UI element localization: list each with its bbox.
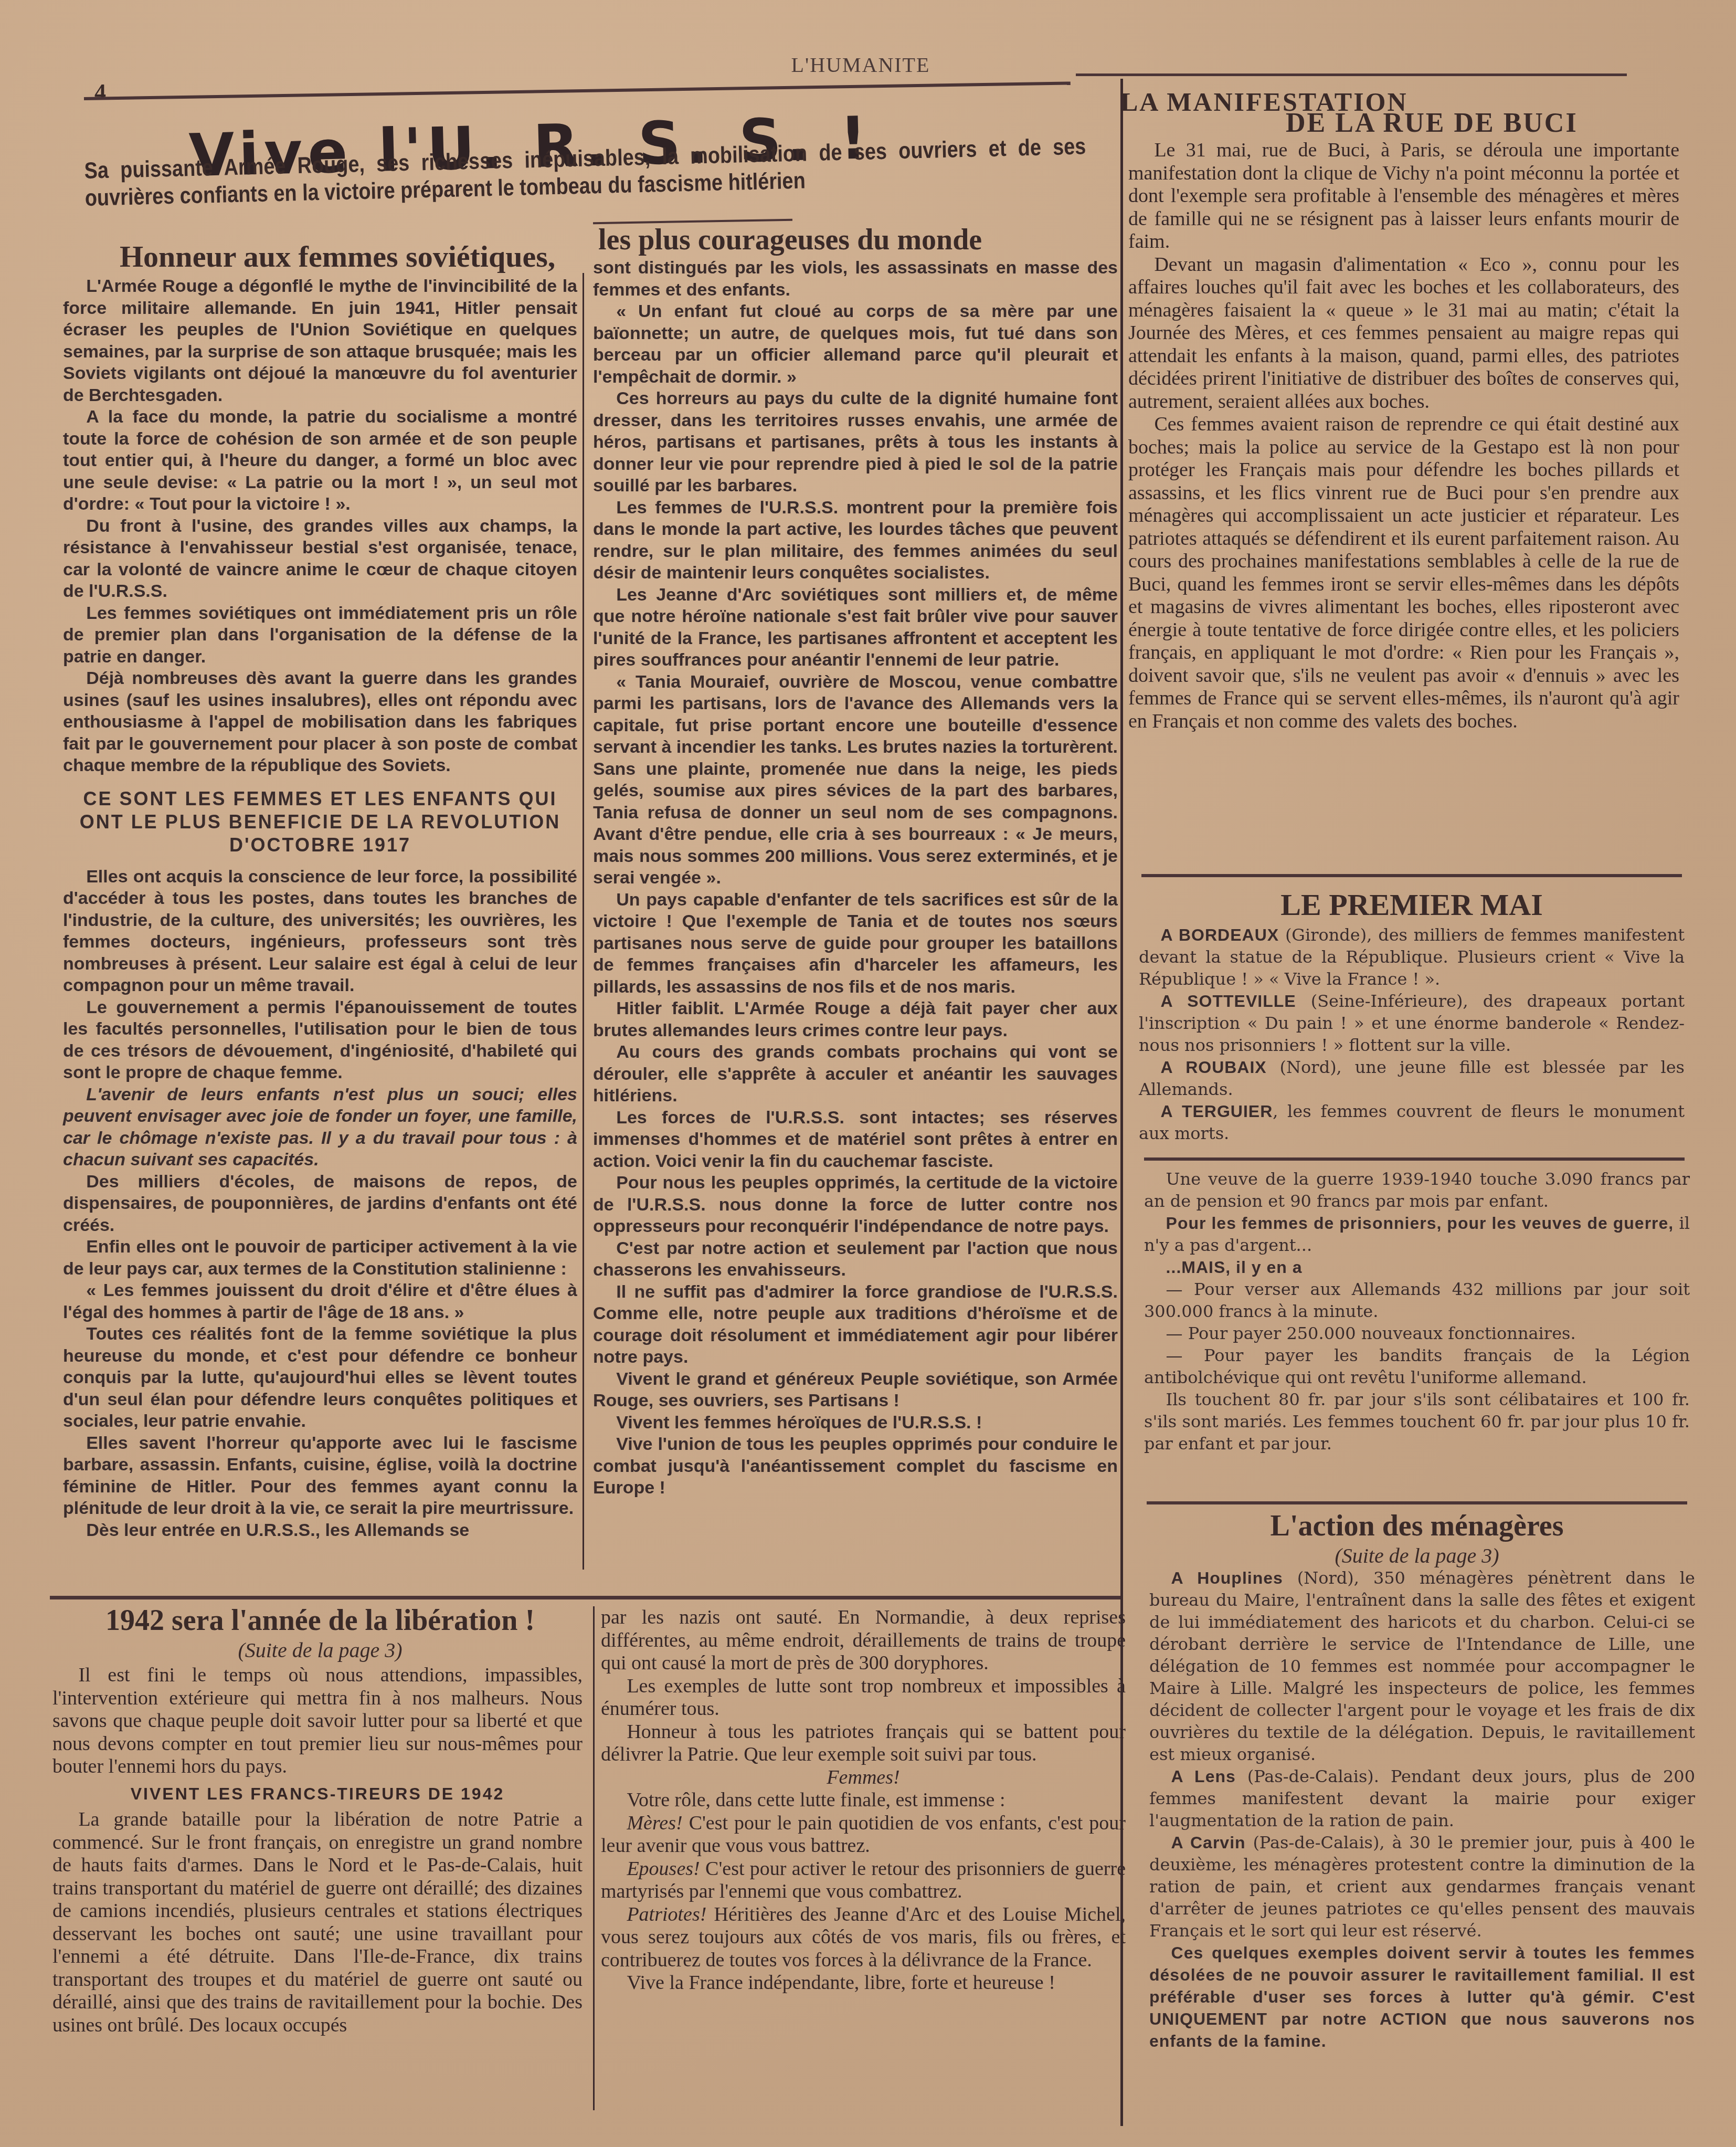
paragraph: Les femmes soviétiques ont immédiatement… <box>63 603 577 668</box>
paragraph: (Nord), 350 ménagères pénètrent dans le … <box>1149 1568 1695 1764</box>
paragraph: Enfin elles ont le pouvoir de participer… <box>63 1236 577 1280</box>
paragraph: Ces quelques exemples doivent servir à t… <box>1149 1942 1695 2052</box>
paragraph: Elles savent l'horreur qu'apporte avec l… <box>63 1433 577 1520</box>
paragraph: Vivent les femmes héroïques de l'U.R.S.S… <box>593 1412 1118 1434</box>
paragraph: Elles ont acquis la conscience de leur f… <box>63 866 577 997</box>
paragraph: « Les femmes jouissent du droit d'élire … <box>63 1280 577 1323</box>
paragraph: par les nazis ont sauté. En Normandie, à… <box>601 1606 1126 1675</box>
italic-lead: Epouses! <box>627 1858 700 1880</box>
paragraph: Il ne suffit pas d'admirer la force gran… <box>593 1281 1118 1369</box>
city-lead: A TERGUIER <box>1161 1102 1273 1121</box>
buci-title-line2: DE LA RUE DE BUCI <box>1286 108 1578 139</box>
paragraph: Vive la France indépendante, libre, fort… <box>601 1972 1126 1995</box>
paragraph: Honneur à tous les patriotes français qu… <box>601 1721 1126 1766</box>
list-item: — Pour payer les bandits français de la … <box>1144 1344 1690 1388</box>
section-subhead: Femmes! <box>601 1766 1126 1790</box>
city-lead: A Lens <box>1171 1767 1236 1786</box>
column-divider <box>583 273 584 1570</box>
paragraph: « Tania Mouraief, ouvrière de Moscou, ve… <box>593 671 1118 889</box>
bold-phrase: ...MAIS, il y en a <box>1144 1256 1690 1278</box>
paragraph: Au cours des grands combats prochains qu… <box>593 1041 1118 1107</box>
main-article-col2: sont distingués par les viols, les assas… <box>593 257 1118 1499</box>
liberation-col1: Il est fini le temps où nous attendions,… <box>52 1664 583 2037</box>
main-article-col1: L'Armée Rouge a dégonflé le mythe de l'i… <box>63 276 577 1541</box>
paragraph: Les Jeanne d'Arc soviétiques sont millie… <box>593 584 1118 671</box>
menageres-suite: (Suite de la page 3) <box>1147 1543 1687 1568</box>
premier-mai-title: LE PREMIER MAI <box>1141 887 1682 922</box>
menageres-article: A Houplines (Nord), 350 ménagères pénètr… <box>1149 1567 1695 2052</box>
menageres-title: L'action des ménagères <box>1147 1509 1687 1543</box>
column-divider <box>593 1606 595 2110</box>
list-item: — Pour verser aux Allemands 432 millions… <box>1144 1278 1690 1322</box>
paragraph: Un pays capable d'enfanter de tels sacri… <box>593 889 1118 998</box>
liberation-suite: (Suite de la page 3) <box>58 1638 583 1662</box>
article-title-part2: les plus courageuses du monde <box>598 223 982 257</box>
paragraph: Les femmes de l'U.R.S.S. montrent pour l… <box>593 497 1118 584</box>
paragraph: Devant un magasin d'alimentation « Eco »… <box>1128 254 1679 414</box>
section-rule <box>1144 1157 1685 1161</box>
city-lead: A SOTTEVILLE <box>1161 992 1296 1011</box>
section-rule <box>1147 1501 1687 1504</box>
paragraph: Toutes ces réalités font de la femme sov… <box>63 1323 577 1433</box>
city-lead: A Carvin <box>1171 1833 1246 1852</box>
paragraph: Ces femmes avaient raison de reprendre c… <box>1128 413 1679 733</box>
section-subhead: CE SONT LES FEMMES ET LES ENFANTS QUI ON… <box>63 787 577 857</box>
paragraph: Votre rôle, dans cette lutte finale, est… <box>601 1789 1126 1812</box>
newspaper-masthead: L'HUMANITE <box>756 52 966 77</box>
paragraph: Pour nous les peuples opprimés, la certi… <box>593 1172 1118 1238</box>
list-item: — Pour payer 250.000 nouveaux fonctionna… <box>1144 1322 1690 1344</box>
paragraph: Déjà nombreuses dès avant la guerre dans… <box>63 668 577 777</box>
paragraph: Il est fini le temps où nous attendions,… <box>52 1664 583 1778</box>
bold-phrase: Pour les femmes de prisonniers, pour les… <box>1166 1214 1674 1233</box>
paragraph: Dès leur entrée en U.R.S.S., les Alleman… <box>63 1520 577 1542</box>
buci-article: Le 31 mai, rue de Buci, à Paris, se déro… <box>1128 139 1679 733</box>
city-lead: A BORDEAUX <box>1161 925 1279 944</box>
paragraph: Vivent le grand et généreux Peuple sovié… <box>593 1369 1118 1412</box>
paragraph: Ils touchent 80 fr. par jour s'ils sont … <box>1144 1388 1690 1455</box>
article-title-part1: Honneur aux femmes soviétiques, <box>120 239 555 274</box>
paragraph: Du front à l'usine, des grandes villes a… <box>63 515 577 603</box>
section-rule <box>1141 874 1682 877</box>
header-rule-right <box>1076 73 1627 76</box>
paragraph: Vive l'union de tous les peuples opprimé… <box>593 1434 1118 1499</box>
paragraph: L'avenir de leurs enfants n'est plus un … <box>63 1084 577 1171</box>
paragraph: Ces horreurs au pays du culte de la dign… <box>593 388 1118 497</box>
paragraph: La grande bataille pour la libération de… <box>52 1808 583 2037</box>
section-subhead: VIVENT LES FRANCS-TIREURS DE 1942 <box>52 1783 583 1806</box>
paragraph: A la face du monde, la patrie du sociali… <box>63 406 577 515</box>
city-lead: A ROUBAIX <box>1161 1058 1267 1077</box>
paragraph: Des milliers d'écoles, de maisons de rep… <box>63 1171 577 1237</box>
paragraph: Les forces de l'U.R.S.S. sont intactes; … <box>593 1107 1118 1173</box>
paragraph: Le 31 mai, rue de Buci, à Paris, se déro… <box>1128 139 1679 254</box>
paragraph: Les exemples de lutte sont trop nombreux… <box>601 1675 1126 1721</box>
liberation-title: 1942 sera l'année de la libération ! <box>58 1604 583 1637</box>
paragraph: « Un enfant fut cloué au corps de sa mèr… <box>593 301 1118 388</box>
paragraph: Hitler faiblit. L'Armée Rouge a déjà fai… <box>593 998 1118 1041</box>
section-rule <box>50 1596 1120 1599</box>
paragraph: Le gouvernement a permis l'épanouissemen… <box>63 997 577 1084</box>
premier-mai-article: A BORDEAUX (Gironde), des milliers de fe… <box>1139 924 1685 1144</box>
paragraph: C'est par notre action et seulement par … <box>593 1238 1118 1281</box>
page-number: 4 <box>94 79 106 106</box>
paragraph: Une veuve de la guerre 1939-1940 touche … <box>1144 1168 1690 1212</box>
veuve-article: Une veuve de la guerre 1939-1940 touche … <box>1144 1168 1690 1455</box>
header-rule <box>84 81 1071 100</box>
italic-lead: Mères! <box>627 1812 682 1834</box>
paragraph: L'Armée Rouge a dégonflé le mythe de l'i… <box>63 276 577 406</box>
city-lead: A Houplines <box>1171 1569 1283 1587</box>
liberation-col2: par les nazis ont sauté. En Normandie, à… <box>601 1606 1126 1995</box>
italic-lead: Patriotes! <box>627 1903 706 1925</box>
paragraph: sont distingués par les viols, les assas… <box>593 257 1118 301</box>
